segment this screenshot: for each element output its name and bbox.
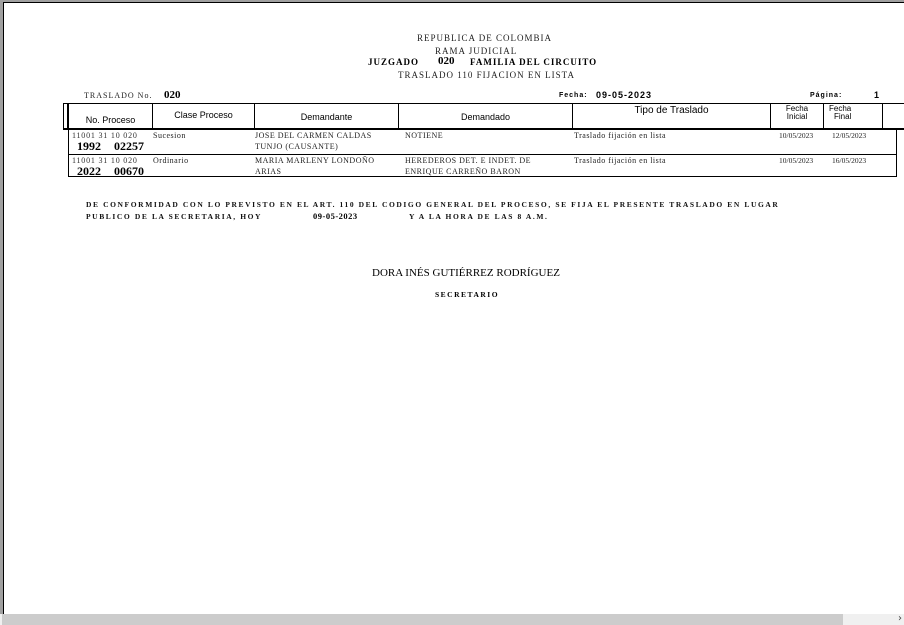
signatory-title: SECRETARIO xyxy=(435,290,499,299)
col-label: Clase Proceso xyxy=(174,110,233,120)
demandado-cont: ENRIQUE CARREÑO BARON xyxy=(405,167,521,177)
notice-line-1: DE CONFORMIDAD CON LO PREVISTO EN EL ART… xyxy=(86,200,779,209)
traslado-label: TRASLADO No. xyxy=(84,91,152,100)
col-label: Fecha xyxy=(824,105,882,113)
court-number: 020 xyxy=(438,55,455,67)
col-fecha-final: Fecha Final xyxy=(823,104,883,128)
notice-time: Y A LA HORA DE LAS 8 A.M. xyxy=(409,212,549,221)
fecha-value: 09-05-2023 xyxy=(596,90,652,100)
table-row: 11001 31 10 020 1992 02257 Sucesion JOSE… xyxy=(69,130,896,154)
table-row: 11001 31 10 020 2022 00670 Ordinario MAR… xyxy=(69,154,896,179)
col-no-proceso: No. Proceso xyxy=(68,104,152,128)
fecha-final: 12/05/2023 xyxy=(832,131,866,141)
col-clase-proceso: Clase Proceso xyxy=(152,104,254,128)
pagina-label: Página: xyxy=(810,92,842,99)
col-label: Tipo de Traslado xyxy=(634,105,708,116)
demandante-cont: TUNJO (CAUSANTE) xyxy=(255,142,338,152)
clase-proceso: Sucesion xyxy=(153,131,186,141)
col-label: Demandado xyxy=(461,112,510,122)
table-header: No. Proceso Clase Proceso Demandante Dem… xyxy=(63,103,904,130)
clase-proceso: Ordinario xyxy=(153,156,189,166)
court-label: JUZGADO xyxy=(368,57,419,67)
report-page: REPUBLICA DE COLOMBIA RAMA JUDICIAL JUZG… xyxy=(3,2,904,615)
scrollbar-thumb[interactable] xyxy=(2,614,843,625)
proceso-year: 1992 xyxy=(77,141,101,151)
tipo-traslado: Traslado fijación en lista xyxy=(574,131,666,141)
proceso-number: 00670 xyxy=(114,166,144,176)
demandado: HEREDEROS DET. E INDET. DE xyxy=(405,156,531,166)
col-tipo-traslado: Tipo de Traslado xyxy=(572,104,770,128)
fecha-inicial: 10/05/2023 xyxy=(779,131,813,141)
fecha-label: Fecha: xyxy=(559,92,588,99)
col-label: Inicial xyxy=(771,113,823,121)
page-number: 1 xyxy=(874,90,880,100)
report-subtitle: TRASLADO 110 FIJACION EN LISTA xyxy=(398,70,575,80)
signatory-name: DORA INÉS GUTIÉRREZ RODRÍGUEZ xyxy=(372,267,560,279)
col-demandado: Demandado xyxy=(398,104,572,128)
scroll-right-arrow-icon[interactable]: › xyxy=(898,612,902,625)
document-viewer: REPUBLICA DE COLOMBIA RAMA JUDICIAL JUZG… xyxy=(0,0,904,625)
fecha-final: 16/05/2023 xyxy=(832,156,866,166)
col-demandante: Demandante xyxy=(254,104,398,128)
col-label: No. Proceso xyxy=(86,115,136,125)
demandante: MARIA MARLENY LONDOÑO xyxy=(255,156,375,166)
country-heading: REPUBLICA DE COLOMBIA xyxy=(417,33,552,43)
proceso-year: 2022 xyxy=(77,166,101,176)
horizontal-scrollbar[interactable]: › xyxy=(0,614,904,625)
demandante: JOSE DEL CARMEN CALDAS xyxy=(255,131,372,141)
proceso-number: 02257 xyxy=(114,141,144,151)
demandante-cont: ARIAS xyxy=(255,167,282,177)
table-body: 11001 31 10 020 1992 02257 Sucesion JOSE… xyxy=(68,129,897,177)
court-name: FAMILIA DEL CIRCUITO xyxy=(470,57,597,67)
demandado: NOTIENE xyxy=(405,131,443,141)
notice-line-2: PUBLICO DE LA SECRETARIA, HOY xyxy=(86,212,262,221)
col-label: Demandante xyxy=(301,112,353,122)
fecha-inicial: 10/05/2023 xyxy=(779,156,813,166)
col-fecha-inicial: Fecha Inicial xyxy=(770,104,823,128)
notice-date: 09-05-2023 xyxy=(313,211,358,221)
traslado-number: 020 xyxy=(164,89,181,101)
tipo-traslado: Traslado fijación en lista xyxy=(574,156,666,166)
col-label: Final xyxy=(824,113,882,121)
